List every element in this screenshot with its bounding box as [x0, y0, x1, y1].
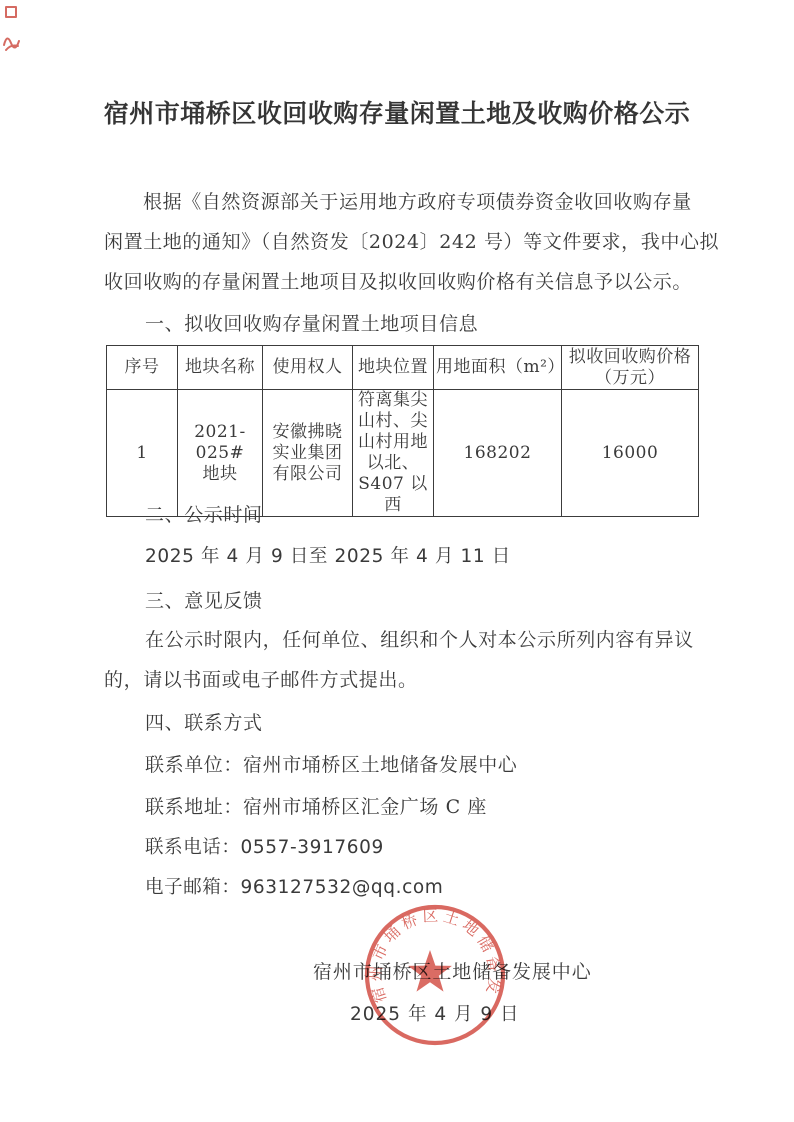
- scan-artifact-mark: [5, 6, 17, 18]
- contact-email: 电子邮箱：963127532@qq.com: [145, 877, 443, 899]
- intro-line-1: 根据《自然资源部关于运用地方政府专项债券资金收回收购存量: [143, 191, 692, 213]
- seal-star-icon: [408, 950, 452, 992]
- svg-text:宿州市埇桥区土地储备发展中心: 宿州市埇桥区土地储备发展中心: [364, 904, 504, 1005]
- col-header-owner: 使用权人: [263, 346, 353, 390]
- section-1-heading: 一、拟收回收购存量闲置土地项目信息: [145, 313, 478, 335]
- section-3-heading: 三、意见反馈: [145, 590, 263, 612]
- col-header-name: 地块名称: [178, 346, 263, 390]
- table-row: 1 2021-025# 地块 安徽拂晓 实业集团 有限公司 符离集尖 山村、尖 …: [107, 390, 699, 517]
- official-seal-stamp: 宿州市埇桥区土地储备发展中心: [364, 904, 506, 1046]
- table-header-row: 序号 地块名称 使用权人 地块位置 用地面积（m²） 拟收回收购价格 （万元）: [107, 346, 699, 390]
- col-header-seq: 序号: [107, 346, 178, 390]
- intro-line-2: 闲置土地的通知》（自然资发〔2024〕242 号）等文件要求，我中心拟: [104, 231, 719, 253]
- feedback-line-2: 的，请以书面或电子邮件方式提出。: [104, 669, 418, 691]
- cell-location: 符离集尖 山村、尖 山村用地 以北、 S407 以西: [353, 390, 434, 517]
- contact-address: 联系地址：宿州市埇桥区汇金广场 C 座: [145, 796, 487, 818]
- cell-parcel-name: 2021-025# 地块: [178, 390, 263, 517]
- cell-area: 168202: [434, 390, 562, 517]
- publicity-period: 2025 年 4 月 9 日至 2025 年 4 月 11 日: [145, 546, 511, 568]
- contact-phone: 联系电话：0557-3917609: [145, 837, 384, 859]
- feedback-line-1: 在公示时限内，任何单位、组织和个人对本公示所列内容有异议: [145, 629, 694, 651]
- contact-unit: 联系单位：宿州市埇桥区土地储备发展中心: [145, 754, 517, 776]
- section-2-heading: 二、公示时间: [145, 504, 263, 526]
- scan-artifact-squiggle: [2, 27, 24, 53]
- section-4-heading: 四、联系方式: [145, 712, 263, 734]
- intro-line-3: 收回收购的存量闲置土地项目及拟收回收购价格有关信息予以公示。: [104, 271, 692, 293]
- cell-price: 16000: [562, 390, 699, 517]
- document-title: 宿州市埇桥区收回收购存量闲置土地及收购价格公示: [0, 99, 794, 129]
- cell-owner: 安徽拂晓 实业集团 有限公司: [263, 390, 353, 517]
- col-header-location: 地块位置: [353, 346, 434, 390]
- seal-ring-text: 宿州市埇桥区土地储备发展中心: [364, 904, 504, 1005]
- col-header-price: 拟收回收购价格 （万元）: [562, 346, 699, 390]
- cell-seq: 1: [107, 390, 178, 517]
- land-parcel-table: 序号 地块名称 使用权人 地块位置 用地面积（m²） 拟收回收购价格 （万元） …: [106, 345, 699, 517]
- col-header-area: 用地面积（m²）: [434, 346, 562, 390]
- document-page: 宿州市埇桥区收回收购存量闲置土地及收购价格公示 根据《自然资源部关于运用地方政府…: [0, 0, 794, 1122]
